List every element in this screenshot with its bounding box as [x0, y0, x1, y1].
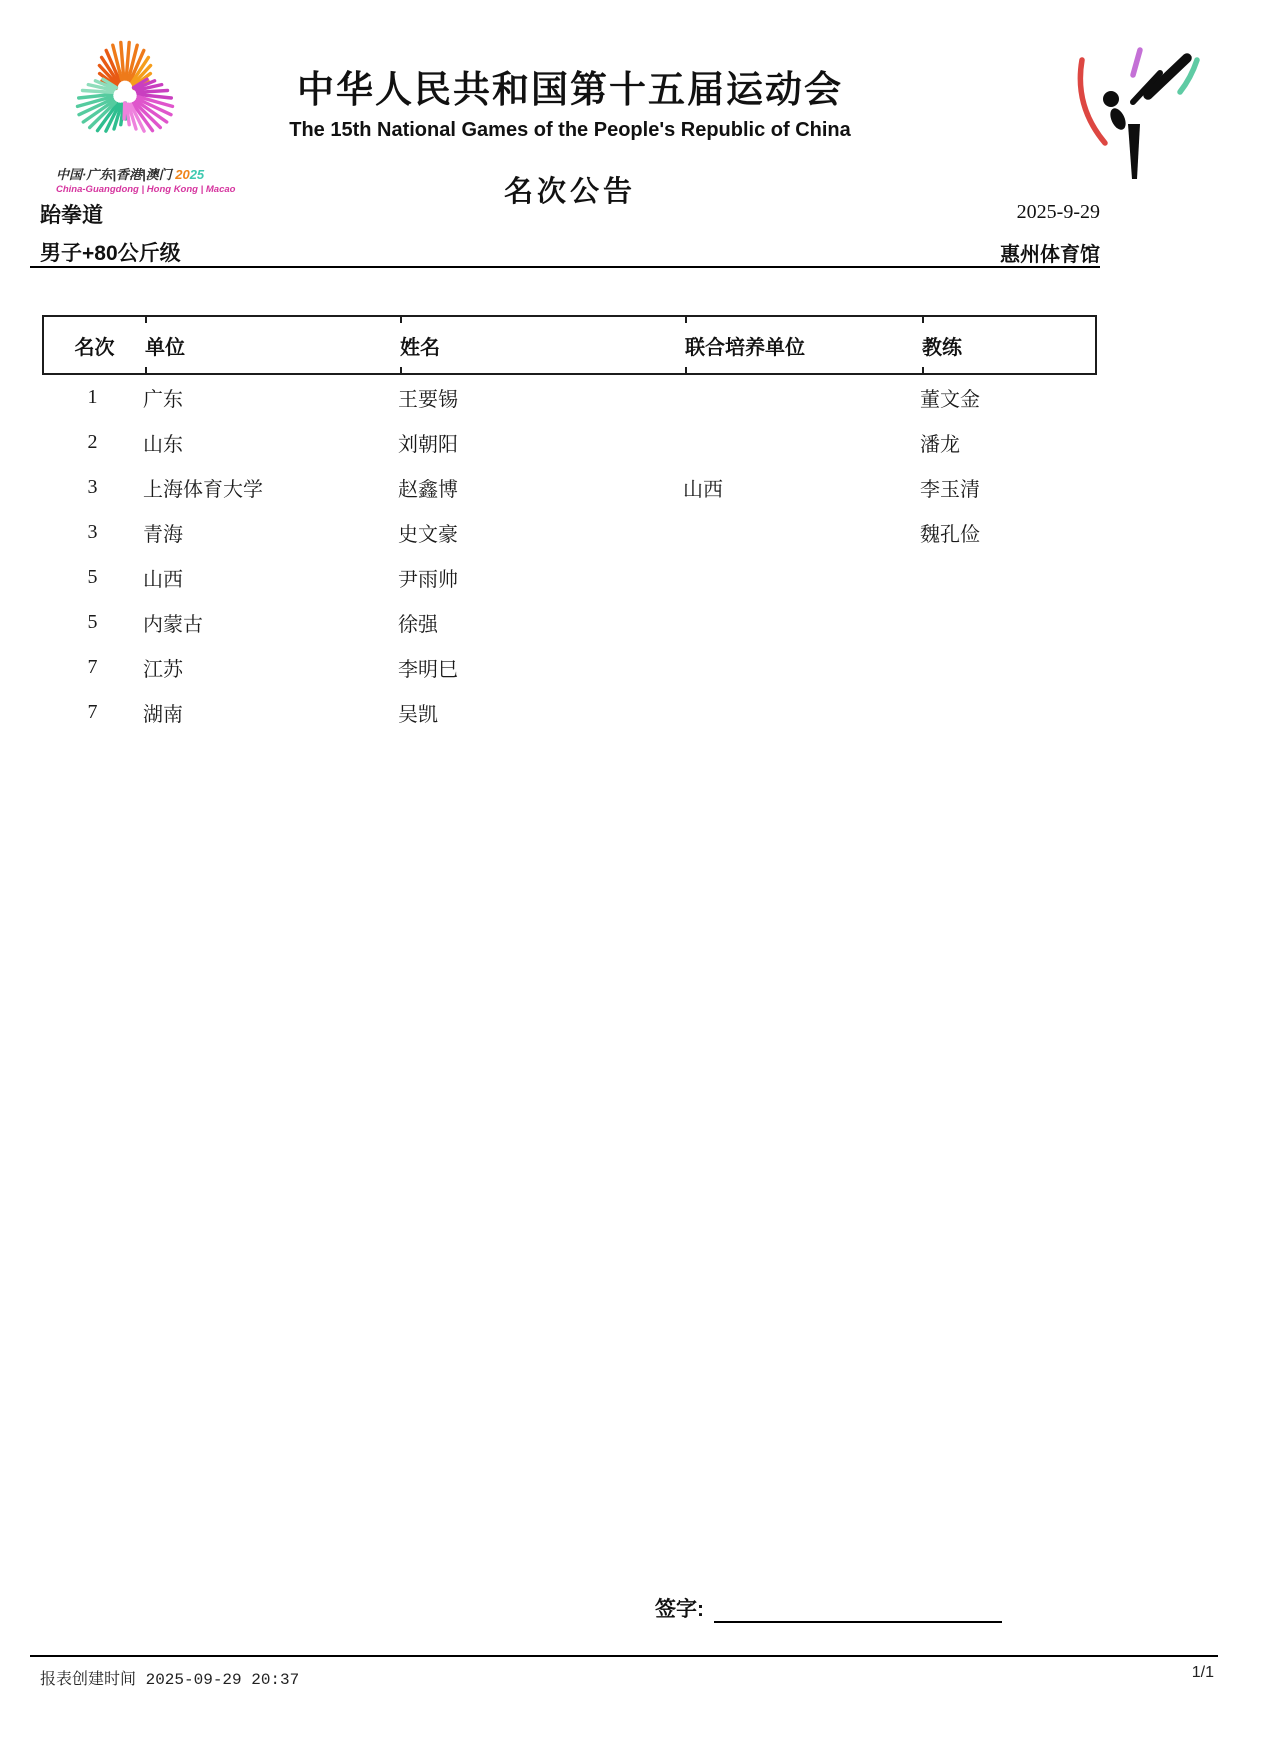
unit-cell: 青海 — [143, 518, 398, 547]
table-row: 2 山东 刘朝阳 潘龙 — [42, 420, 1097, 465]
name-cell: 李明巳 — [398, 653, 683, 682]
col-header-coach: 教练 — [922, 331, 1095, 360]
header-column-tick — [685, 367, 687, 373]
table-row: 5 内蒙古 徐强 — [42, 600, 1097, 645]
rank-cell: 5 — [42, 611, 143, 634]
unit-cell: 湖南 — [143, 698, 398, 727]
notice-type-title: 名次公告 — [0, 169, 1140, 210]
header-column-tick — [400, 367, 402, 373]
unit-cell: 上海体育大学 — [143, 473, 398, 502]
name-cell: 史文豪 — [398, 518, 683, 547]
joint-unit-cell: 山西 — [683, 473, 920, 502]
table-row: 7 湖南 吴凯 — [42, 690, 1097, 735]
rank-cell: 2 — [42, 431, 143, 454]
header-column-tick — [145, 367, 147, 373]
rank-cell: 1 — [42, 386, 143, 409]
col-header-name: 姓名 — [400, 331, 685, 360]
header-column-tick — [685, 317, 687, 323]
coach-cell: 潘龙 — [920, 428, 1097, 457]
page-title-cn: 中华人民共和国第十五届运动会 — [0, 70, 1140, 111]
results-table: 名次 单位 姓名 联合培养单位 教练 1 广东 王要锡 董文金 2 山东 刘朝阳… — [42, 315, 1097, 735]
page-title-en: The 15th National Games of the People's … — [0, 119, 1140, 142]
col-header-rank: 名次 — [44, 331, 145, 360]
header-divider — [30, 266, 1100, 268]
signature-label: 签字: — [655, 1598, 704, 1621]
pictogram-red-swoosh — [1080, 60, 1105, 143]
rank-cell: 3 — [42, 476, 143, 499]
coach-cell: 董文金 — [920, 383, 1097, 412]
name-cell: 刘朝阳 — [398, 428, 683, 457]
pictogram-standing-leg — [1128, 124, 1140, 179]
table-row: 1 广东 王要锡 董文金 — [42, 375, 1097, 420]
table-body: 1 广东 王要锡 董文金 2 山东 刘朝阳 潘龙 3 上海体育大学 赵鑫博 山西… — [42, 375, 1097, 735]
event-date: 2025-9-29 — [1017, 201, 1100, 224]
name-cell: 王要锡 — [398, 383, 683, 412]
unit-cell: 江苏 — [143, 653, 398, 682]
taekwondo-pictogram-icon — [1068, 42, 1208, 182]
table-row: 3 上海体育大学 赵鑫博 山西 李玉清 — [42, 465, 1097, 510]
rank-cell: 7 — [42, 656, 143, 679]
unit-cell: 内蒙古 — [143, 608, 398, 637]
rank-cell: 7 — [42, 701, 143, 724]
page-indicator: 1/1 — [1192, 1664, 1214, 1682]
name-cell: 赵鑫博 — [398, 473, 683, 502]
event-label: 男子+80公斤级 — [40, 237, 181, 267]
coach-cell: 魏孔俭 — [920, 518, 1097, 547]
table-row: 7 江苏 李明巳 — [42, 645, 1097, 690]
col-header-joint-unit: 联合培养单位 — [685, 331, 922, 360]
footer-divider — [30, 1655, 1218, 1657]
coach-cell: 李玉清 — [920, 473, 1097, 502]
pictogram-purple-swoosh — [1133, 50, 1140, 75]
col-header-unit: 单位 — [145, 331, 400, 360]
event-venue: 惠州体育馆 — [1000, 238, 1100, 267]
name-cell: 吴凯 — [398, 698, 683, 727]
pictogram-head — [1103, 91, 1119, 107]
table-row: 5 山西 尹雨帅 — [42, 555, 1097, 600]
name-cell: 徐强 — [398, 608, 683, 637]
sport-label: 跆拳道 — [40, 199, 103, 229]
header-column-tick — [922, 367, 924, 373]
unit-cell: 广东 — [143, 383, 398, 412]
header-column-tick — [400, 317, 402, 323]
signature-line — [714, 1597, 1002, 1623]
rank-cell: 3 — [42, 521, 143, 544]
name-cell: 尹雨帅 — [398, 563, 683, 592]
signature-block: 签字: — [655, 1593, 1002, 1623]
table-header-row: 名次 单位 姓名 联合培养单位 教练 — [42, 315, 1097, 375]
header-column-tick — [145, 317, 147, 323]
rank-cell: 5 — [42, 566, 143, 589]
report-created-timestamp: 报表创建时间 2025-09-29 20:37 — [40, 1666, 299, 1689]
unit-cell: 山西 — [143, 563, 398, 592]
pictogram-torso — [1107, 106, 1129, 132]
table-row: 3 青海 史文豪 魏孔俭 — [42, 510, 1097, 555]
unit-cell: 山东 — [143, 428, 398, 457]
title-block: 中华人民共和国第十五届运动会 The 15th National Games o… — [0, 70, 1140, 210]
header-column-tick — [922, 317, 924, 323]
